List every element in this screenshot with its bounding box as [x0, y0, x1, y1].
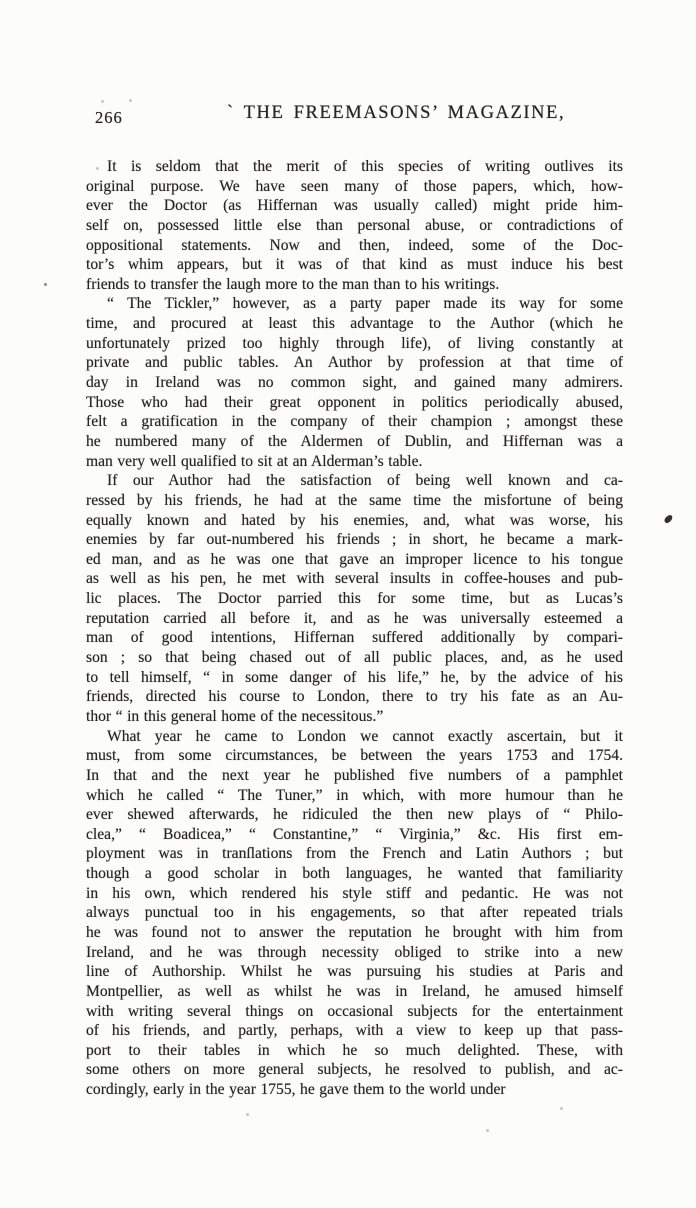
text-line: ployment was in tranſlations from the Fr… — [86, 844, 623, 864]
text-line: he was found not to answer the reputatio… — [86, 923, 623, 943]
text-line: some others on more general subjects, he… — [86, 1060, 623, 1080]
text-line: man of good intentions, Hiffernan suffer… — [86, 628, 623, 648]
text-line: he numbered many of the Aldermen of Dubl… — [86, 432, 623, 452]
text-line: In that and the next year he published f… — [86, 766, 623, 786]
paragraph: What year he came to London we cannot ex… — [86, 727, 623, 1100]
magazine-title: ` THE FREEMASONS’ MAGAZINE, — [227, 103, 565, 124]
text-line: line of Authorship. Whilst he was pursui… — [86, 962, 623, 982]
text-line: self on, possessed little else than pers… — [86, 216, 623, 236]
scan-speck — [129, 99, 132, 102]
text-line: unfortunately prized too highly through … — [86, 334, 623, 354]
text-line: though a good scholar in both languages,… — [86, 864, 623, 884]
text-line: friends to transfer the laugh more to th… — [86, 275, 623, 295]
text-line: ed man, and as he was one that gave an i… — [86, 550, 623, 570]
text-line: of his friends, and partly, perhaps, wit… — [86, 1021, 623, 1041]
text-line: If our Author had the satisfaction of be… — [86, 471, 623, 491]
text-line: What year he came to London we cannot ex… — [86, 727, 623, 747]
text-line: always punctual too in his engagements, … — [86, 903, 623, 923]
text-line: clea,” “ Boadicea,” “ Constantine,” “ Vi… — [86, 825, 623, 845]
text-line: which he called “ The Tuner,” in which, … — [86, 786, 623, 806]
text-line: It is seldom that the merit of this spec… — [86, 157, 623, 177]
text-line: tor’s whim appears, but it was of that k… — [86, 255, 623, 275]
text-line: thor “ in this general home of the neces… — [86, 707, 623, 727]
scan-speck — [96, 167, 99, 170]
text-line: original purpose. We have seen many of t… — [86, 177, 623, 197]
text-line: Ireland, and he was through necessity ob… — [86, 943, 623, 963]
text-line: lic places. The Doctor parried this for … — [86, 589, 623, 609]
text-line: must, from some circumstances, be betwee… — [86, 746, 623, 766]
scanned-page: 266 ` THE FREEMASONS’ MAGAZINE, It is se… — [0, 0, 696, 1208]
paragraph: It is seldom that the merit of this spec… — [86, 157, 623, 294]
text-line: ever the Doctor (as Hiffernan was usuall… — [86, 196, 623, 216]
text-line: equally known and hated by his enemies, … — [86, 511, 623, 531]
text-line: Montpellier, as well as whilst he was in… — [86, 982, 623, 1002]
text-line: enemies by far out-numbered his friends … — [86, 530, 623, 550]
text-line: “ The Tickler,” however, as a party pape… — [86, 294, 623, 314]
text-line: with writing several things on occasiona… — [86, 1002, 623, 1022]
text-line: son ; so that being chased out of all pu… — [86, 648, 623, 668]
text-line: cordingly, early in the year 1755, he ga… — [86, 1080, 623, 1100]
scan-speck — [101, 100, 104, 103]
paragraph: “ The Tickler,” however, as a party pape… — [86, 294, 623, 471]
text-line: time, and procured at least this advanta… — [86, 314, 623, 334]
scan-speck — [560, 1107, 563, 1110]
scan-speck — [246, 1113, 249, 1116]
text-line: private and public tables. An Author by … — [86, 353, 623, 373]
text-line: man very well qualified to sit at an Ald… — [86, 452, 623, 472]
paragraph: If our Author had the satisfaction of be… — [86, 471, 623, 726]
text-line: ressed by his friends, he had at the sam… — [86, 491, 623, 511]
text-line: to tell himself, “ in some danger of his… — [86, 668, 623, 688]
text-line: reputation carried all before it, and as… — [86, 609, 623, 629]
page-number: 266 — [95, 108, 123, 128]
text-line: Those who had their great opponent in po… — [86, 393, 623, 413]
text-line: felt a gratification in the company of t… — [86, 412, 623, 432]
text-line: port to their tables in which he so much… — [86, 1041, 623, 1061]
page-header: 266 ` THE FREEMASONS’ MAGAZINE, — [0, 103, 696, 133]
text-line: ever shewed afterwards, he ridiculed the… — [86, 805, 623, 825]
ink-blot — [663, 514, 674, 524]
text-line: day in Ireland was no common sight, and … — [86, 373, 623, 393]
text-line: in his own, which rendered his style sti… — [86, 884, 623, 904]
text-line: friends, directed his course to London, … — [86, 687, 623, 707]
text-line: oppositional statements. Now and then, i… — [86, 236, 623, 256]
scan-speck — [486, 1129, 489, 1132]
page-text: It is seldom that the merit of this spec… — [86, 157, 623, 1100]
text-line: as well as his pen, he met with several … — [86, 569, 623, 589]
scan-speck — [44, 283, 47, 286]
